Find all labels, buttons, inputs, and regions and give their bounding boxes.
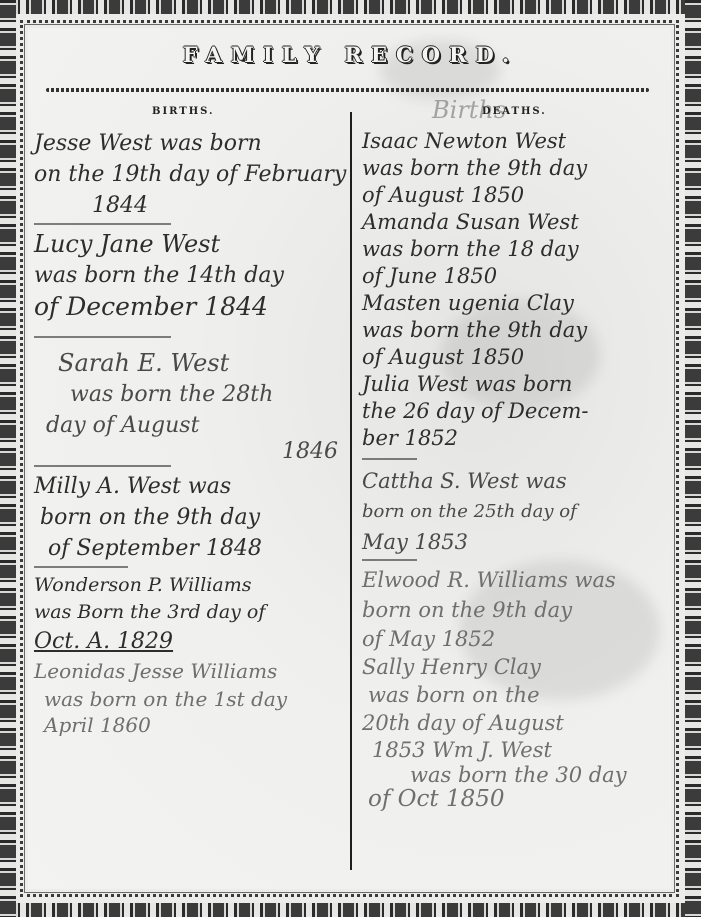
entry-line: born on the 25th day of: [362, 497, 666, 527]
record-entry: Amanda Susan West was born the 18 day of…: [362, 209, 666, 290]
record-entry: Julia West was born the 26 day of Decem-…: [362, 371, 666, 460]
birth-entry: Milly A. West was born on the 9th day of…: [34, 471, 346, 568]
entry-line: was born the 28th: [34, 379, 346, 410]
entry-line: Sarah E. West: [34, 348, 346, 379]
entry-line: day of August: [34, 410, 346, 441]
entry-line: Isaac Newton West: [362, 128, 666, 155]
deaths-column: Isaac Newton West was born the 9th day o…: [362, 128, 666, 811]
entry-line: was born on the 1st day: [34, 685, 346, 713]
entry-line: of August 1850: [362, 182, 666, 209]
entry-line: of August 1850: [362, 344, 666, 371]
entry-line: 20th day of August: [362, 709, 666, 737]
entry-line: the 26 day of Decem-: [362, 398, 666, 425]
entry-line: was born on the: [362, 681, 666, 709]
birth-entry: Leonidas Jesse Williams was born on the …: [34, 657, 346, 737]
entry-line: April 1860: [34, 713, 346, 737]
deaths-heading: DEATHS.: [482, 106, 547, 117]
entry-line: ber 1852: [362, 425, 666, 452]
entry-line: of June 1850: [362, 263, 666, 290]
entry-line: of September 1848: [34, 533, 346, 564]
entry-line: Jesse West was born: [34, 128, 346, 159]
record-entry: Sally Henry Clay was born on the 20th da…: [362, 653, 666, 811]
entry-line: of May 1852: [362, 625, 666, 653]
entry-separator: [34, 566, 128, 568]
entry-line: Milly A. West was: [34, 471, 346, 502]
entry-separator: [34, 223, 171, 225]
births-heading: BIRTHS.: [152, 106, 215, 117]
entry-line: was born the 14th day: [34, 260, 346, 291]
entry-line: 1853 Wm J. West: [362, 737, 666, 763]
entry-line: May 1853: [362, 527, 666, 557]
right-chain-border: [685, 0, 701, 917]
left-chain-border: [0, 0, 16, 917]
entry-line: born on the 9th day: [34, 502, 346, 533]
record-entry: Masten ugenia Clay was born the 9th day …: [362, 290, 666, 371]
entry-line: of December 1844: [34, 291, 346, 322]
births-column: Jesse West was born on the 19th day of F…: [34, 128, 346, 737]
entry-line: 1844: [34, 190, 346, 221]
entry-line: Amanda Susan West: [362, 209, 666, 236]
entry-line: Leonidas Jesse Williams: [34, 657, 346, 685]
page-title: FAMILY RECORD.: [0, 42, 701, 67]
entry-line: 1846: [34, 441, 346, 463]
entry-line: of Oct 1850: [362, 787, 666, 811]
entry-line: was born the 9th day: [362, 155, 666, 182]
entry-line: Masten ugenia Clay: [362, 290, 666, 317]
birth-entry: Jesse West was born on the 19th day of F…: [34, 128, 346, 225]
record-entry: Cattha S. West was born on the 25th day …: [362, 466, 666, 561]
birth-entry: Wonderson P. Williams was Born the 3rd d…: [34, 572, 346, 657]
top-chain-border: [0, 0, 701, 14]
entry-line: Wonderson P. Williams: [34, 572, 346, 598]
bottom-chain-border: [0, 903, 701, 917]
entry-line: Lucy Jane West: [34, 229, 346, 260]
record-entry: Isaac Newton West was born the 9th day o…: [362, 128, 666, 209]
entry-line: Cattha S. West was: [362, 466, 666, 497]
column-divider: [350, 112, 352, 870]
record-entry: Elwood R. Williams was born on the 9th d…: [362, 565, 666, 653]
birth-entry: Lucy Jane West was born the 14th day of …: [34, 229, 346, 338]
entry-line: on the 19th day of February: [34, 159, 346, 190]
birth-entry: Sarah E. West was born the 28th day of A…: [34, 348, 346, 467]
entry-line: was born the 9th day: [362, 317, 666, 344]
entry-separator: [362, 559, 417, 561]
entry-line: Sally Henry Clay: [362, 653, 666, 681]
entry-line: was born the 30 day: [362, 763, 666, 787]
entry-line: was Born the 3rd day of: [34, 598, 346, 626]
entry-line: was born the 18 day: [362, 236, 666, 263]
entry-separator: [34, 336, 171, 338]
entry-line: Elwood R. Williams was: [362, 565, 666, 595]
family-record-page: FAMILY RECORD. BIRTHS. Births DEATHS. Je…: [0, 0, 701, 917]
entry-line: born on the 9th day: [362, 595, 666, 625]
entry-separator: [362, 458, 417, 460]
entry-line: Julia West was born: [362, 371, 666, 398]
entry-line: Oct. A. 1829: [34, 626, 346, 657]
entry-separator: [34, 465, 171, 467]
title-divider: [46, 88, 649, 92]
